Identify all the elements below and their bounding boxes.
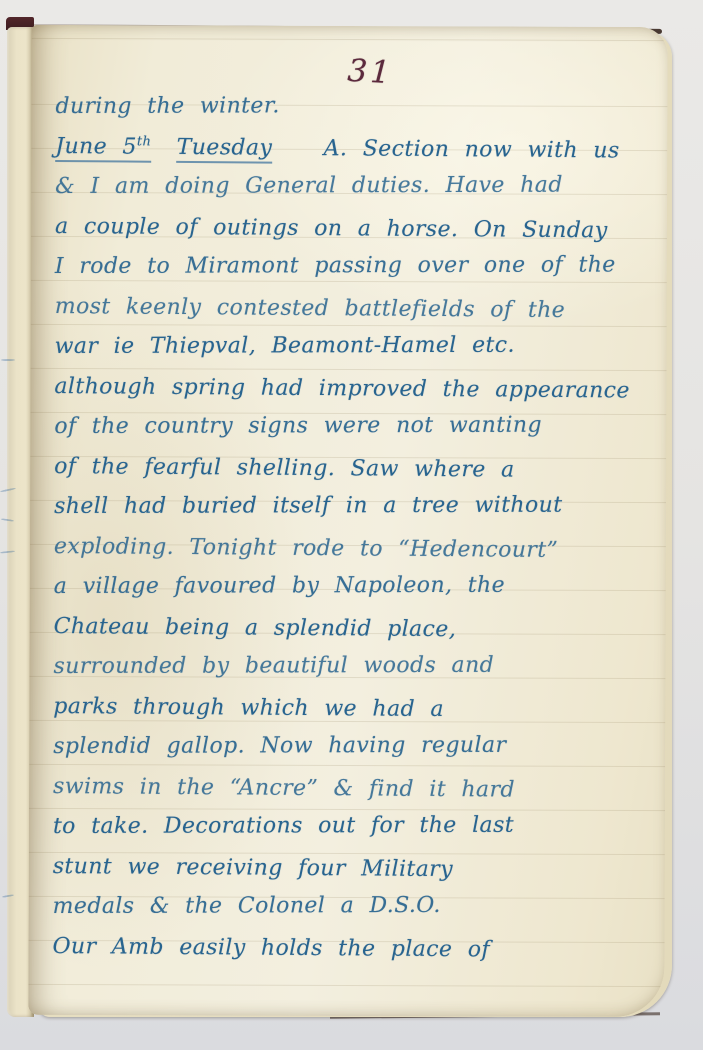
entry-date-day-text: June 5 (55, 134, 137, 160)
entry-line: medals & the Colonel a D.S.O. (53, 885, 643, 927)
entry-date-weekday: Tuesday (177, 135, 273, 164)
entry-line: of the country signs were not wanting (54, 405, 644, 447)
entry-line: to take. Decorations out for the last (53, 805, 643, 847)
diary-entry: during the winter. June 5th Tuesday A. S… (52, 87, 645, 969)
entry-line: shell had buried itself in a tree withou… (54, 485, 644, 527)
ink-bleed-mark (2, 894, 14, 898)
ink-bleed-mark (0, 550, 15, 554)
ink-bleed-mark (0, 487, 16, 492)
entry-line: a village favoured by Napoleon, the (54, 565, 644, 607)
entry-line: splendid gallop. Now having regular (53, 725, 643, 767)
entry-line: Our Amb easily holds the place of (52, 927, 642, 972)
entry-line: war ie Thiepval, Beamont-Hamel etc. (55, 325, 645, 367)
entry-date-ordinal: th (137, 134, 152, 149)
entry-line: surrounded by beautiful woods and (53, 645, 643, 687)
photo-background: 31 during the winter. June 5th Tuesday A… (0, 0, 703, 1050)
entry-line-opening: during the winter. (55, 85, 645, 127)
ink-bleed-mark (1, 518, 14, 522)
entry-date-line-text: A. Section now with us (324, 136, 620, 163)
entry-date-day: June 5th (55, 134, 151, 163)
notebook-page: 31 during the winter. June 5th Tuesday A… (28, 25, 667, 1017)
entry-line: & I am doing General duties. Have had (55, 165, 645, 207)
ink-bleed-mark (1, 359, 15, 361)
entry-line: I rode to Miramont passing over one of t… (55, 245, 645, 287)
